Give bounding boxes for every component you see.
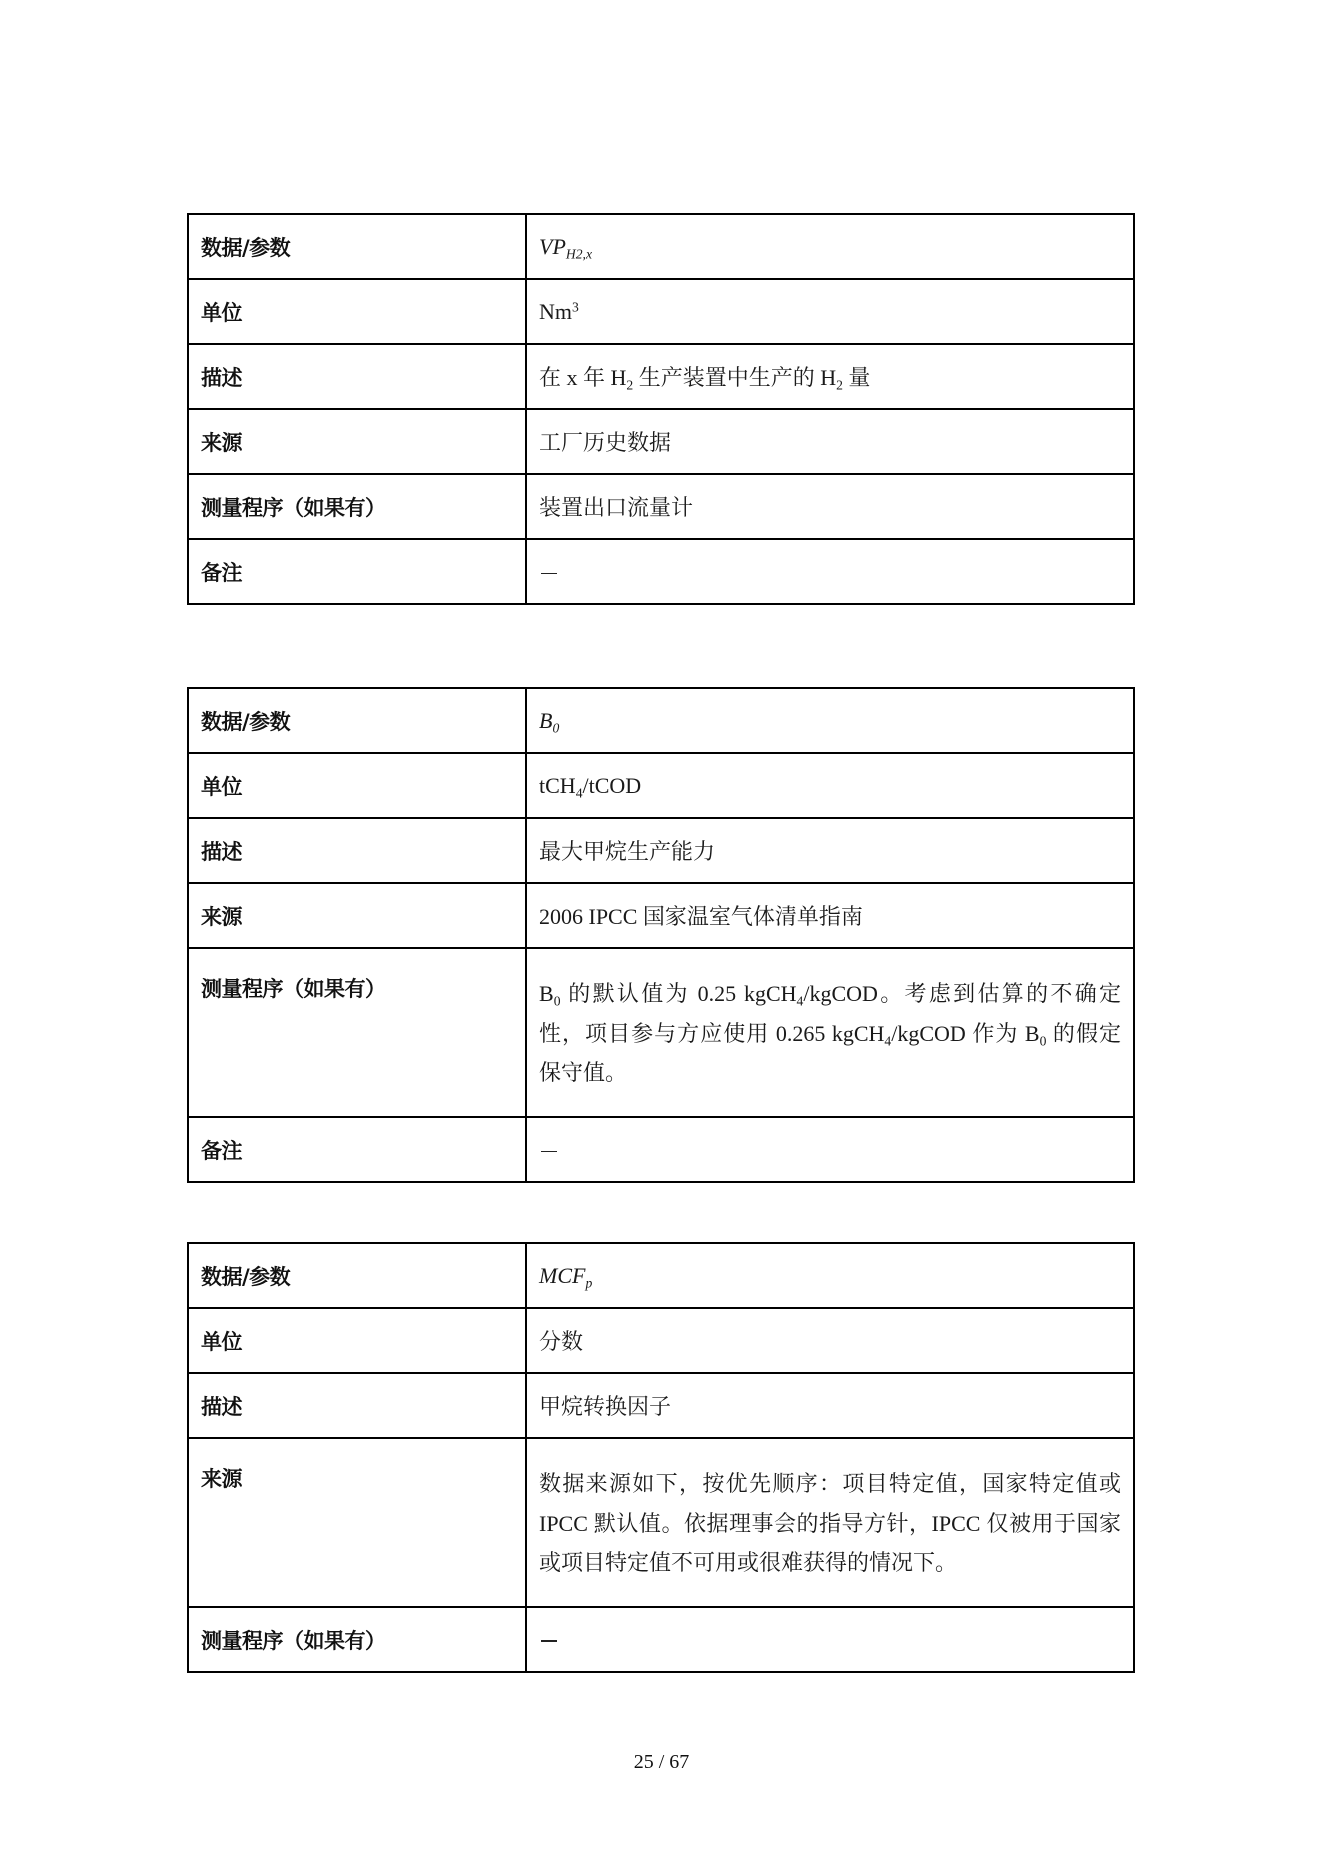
row-value: 装置出口流量计 bbox=[526, 474, 1134, 539]
table-row: 描述 甲烷转换因子 bbox=[188, 1373, 1134, 1438]
row-value: 工厂历史数据 bbox=[526, 409, 1134, 474]
parameter-subscript: 0 bbox=[552, 720, 559, 735]
row-label: 描述 bbox=[188, 1373, 526, 1438]
dash-mark bbox=[541, 1151, 557, 1152]
table-row: 测量程序（如果有） B0 的默认值为 0.25 kgCH4/kgCOD。考虑到估… bbox=[188, 948, 1134, 1117]
row-value: tCH4/tCOD bbox=[526, 753, 1134, 818]
table-row: 来源 数据来源如下，按优先顺序：项目特定值，国家特定值或 IPCC 默认值。依据… bbox=[188, 1438, 1134, 1607]
table-row: 数据/参数 VPH2,x bbox=[188, 214, 1134, 279]
parameter-subscript: H2,x bbox=[566, 246, 592, 261]
unit-base: Nm bbox=[539, 299, 572, 324]
row-value bbox=[526, 539, 1134, 604]
row-value: B0 的默认值为 0.25 kgCH4/kgCOD。考虑到估算的不确定性，项目参… bbox=[526, 948, 1134, 1117]
table-row: 描述 在 x 年 H2 生产装置中生产的 H2 量 bbox=[188, 344, 1134, 409]
table-row: 描述 最大甲烷生产能力 bbox=[188, 818, 1134, 883]
text-part: 的默认值为 0.25 kgCH bbox=[561, 981, 797, 1006]
row-label: 来源 bbox=[188, 409, 526, 474]
row-value: 甲烷转换因子 bbox=[526, 1373, 1134, 1438]
parameter-table-mcfp: 数据/参数 MCFp 单位 分数 描述 甲烷转换因子 来源 数据来源如下，按优先… bbox=[187, 1242, 1135, 1673]
table-row: 数据/参数 MCFp bbox=[188, 1243, 1134, 1308]
parameter-table-vp-h2x: 数据/参数 VPH2,x 单位 Nm3 描述 在 x 年 H2 生产装置中生产的… bbox=[187, 213, 1135, 605]
text-part: 在 x 年 H bbox=[539, 365, 626, 390]
row-label: 数据/参数 bbox=[188, 214, 526, 279]
row-label: 数据/参数 bbox=[188, 1243, 526, 1308]
row-value: MCFp bbox=[526, 1243, 1134, 1308]
table-row: 来源 工厂历史数据 bbox=[188, 409, 1134, 474]
table-row: 数据/参数 B0 bbox=[188, 688, 1134, 753]
table-row: 测量程序（如果有） 装置出口流量计 bbox=[188, 474, 1134, 539]
row-label: 备注 bbox=[188, 1117, 526, 1182]
row-value: 在 x 年 H2 生产装置中生产的 H2 量 bbox=[526, 344, 1134, 409]
row-label: 单位 bbox=[188, 279, 526, 344]
row-value: B0 bbox=[526, 688, 1134, 753]
table-row: 单位 tCH4/tCOD bbox=[188, 753, 1134, 818]
table-row: 来源 2006 IPCC 国家温室气体清单指南 bbox=[188, 883, 1134, 948]
row-value: Nm3 bbox=[526, 279, 1134, 344]
table-row: 备注 bbox=[188, 539, 1134, 604]
row-label: 测量程序（如果有） bbox=[188, 948, 526, 1117]
row-value: VPH2,x bbox=[526, 214, 1134, 279]
text-part: /tCOD bbox=[583, 773, 642, 798]
row-label: 描述 bbox=[188, 344, 526, 409]
row-label: 备注 bbox=[188, 539, 526, 604]
dash-mark bbox=[541, 573, 557, 574]
unit-superscript: 3 bbox=[572, 299, 579, 314]
text-part: tCH bbox=[539, 773, 576, 798]
row-label: 来源 bbox=[188, 1438, 526, 1607]
table-row: 备注 bbox=[188, 1117, 1134, 1182]
row-value: 数据来源如下，按优先顺序：项目特定值，国家特定值或 IPCC 默认值。依据理事会… bbox=[526, 1438, 1134, 1607]
text-part: /kgCOD 作为 B bbox=[891, 1021, 1039, 1046]
subscript: 2 bbox=[836, 377, 843, 392]
text-part: B bbox=[539, 981, 554, 1006]
text-part: 量 bbox=[843, 365, 871, 390]
row-label: 单位 bbox=[188, 1308, 526, 1373]
row-label: 数据/参数 bbox=[188, 688, 526, 753]
table-row: 单位 分数 bbox=[188, 1308, 1134, 1373]
subscript: 4 bbox=[576, 785, 583, 800]
table-row: 测量程序（如果有） bbox=[188, 1607, 1134, 1672]
parameter-subscript: p bbox=[585, 1275, 592, 1290]
dash-mark bbox=[541, 1640, 557, 1642]
row-value: 2006 IPCC 国家温室气体清单指南 bbox=[526, 883, 1134, 948]
page-number: 25 / 67 bbox=[0, 1751, 1323, 1774]
text-part: 生产装置中生产的 H bbox=[633, 365, 836, 390]
row-label: 单位 bbox=[188, 753, 526, 818]
row-value: 最大甲烷生产能力 bbox=[526, 818, 1134, 883]
row-label: 测量程序（如果有） bbox=[188, 474, 526, 539]
parameter-symbol: VP bbox=[539, 234, 566, 259]
table-row: 单位 Nm3 bbox=[188, 279, 1134, 344]
row-value bbox=[526, 1607, 1134, 1672]
row-label: 描述 bbox=[188, 818, 526, 883]
parameter-table-b0: 数据/参数 B0 单位 tCH4/tCOD 描述 最大甲烷生产能力 来源 200… bbox=[187, 687, 1135, 1183]
row-value bbox=[526, 1117, 1134, 1182]
row-value: 分数 bbox=[526, 1308, 1134, 1373]
parameter-symbol: B bbox=[539, 708, 552, 733]
subscript: 0 bbox=[554, 994, 561, 1009]
parameter-symbol: MCF bbox=[539, 1263, 585, 1288]
row-label: 来源 bbox=[188, 883, 526, 948]
row-label: 测量程序（如果有） bbox=[188, 1607, 526, 1672]
